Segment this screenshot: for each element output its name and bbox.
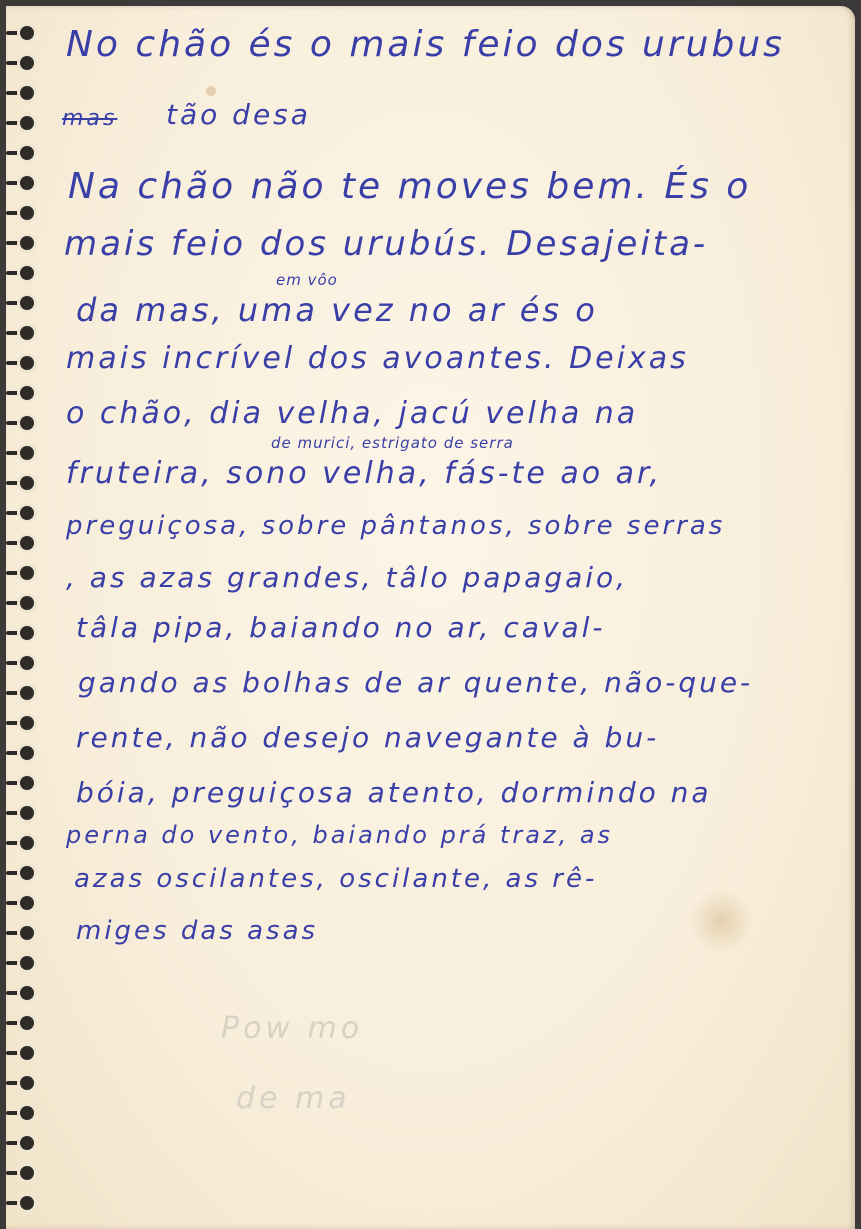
- spiral-coil: [6, 176, 40, 190]
- spiral-coil: [6, 776, 40, 790]
- spiral-coil: [6, 806, 40, 820]
- punch-hole: [20, 986, 34, 1000]
- punch-hole: [20, 566, 34, 580]
- spiral-coil: [6, 746, 40, 760]
- spiral-coil: [6, 686, 40, 700]
- punch-hole: [20, 446, 34, 460]
- punch-hole: [20, 56, 34, 70]
- struck-text: mas: [62, 106, 117, 131]
- spiral-coil: [6, 266, 40, 280]
- punch-hole: [20, 1076, 34, 1090]
- punch-hole: [20, 1106, 34, 1120]
- handwritten-line-11: tâla pipa, baiando no ar, caval-: [76, 611, 606, 644]
- handwritten-line-4: mais feio dos urubús. Desajeita-: [64, 224, 708, 264]
- spiral-coil: [6, 566, 40, 580]
- spiral-coil: [6, 146, 40, 160]
- punch-hole: [20, 836, 34, 850]
- spiral-coil: [6, 956, 40, 970]
- struck-word: mas: [62, 106, 117, 131]
- punch-hole: [20, 896, 34, 910]
- spiral-coil: [6, 656, 40, 670]
- punch-hole: [20, 956, 34, 970]
- punch-hole: [20, 26, 34, 40]
- spiral-coil: [6, 1196, 40, 1210]
- handwritten-line-14: bóia, preguiçosa atento, dormindo na: [76, 776, 712, 809]
- punch-hole: [20, 626, 34, 640]
- paper-stain: [686, 891, 756, 951]
- faint-pencil-line-1: Pow mo: [221, 1011, 363, 1046]
- handwritten-line-12: gando as bolhas de ar quente, não-que-: [78, 666, 753, 699]
- spiral-coil: [6, 866, 40, 880]
- handwritten-line-10: , as azas grandes, tâlo papagaio,: [66, 561, 628, 594]
- punch-hole: [20, 596, 34, 610]
- punch-hole: [20, 236, 34, 250]
- punch-hole: [20, 1196, 34, 1210]
- spiral-coil: [6, 1076, 40, 1090]
- spiral-coil: [6, 836, 40, 850]
- punch-hole: [20, 356, 34, 370]
- handwritten-line-13: rente, não desejo navegante à bu-: [76, 721, 659, 754]
- handwritten-line-17: miges das asas: [76, 916, 318, 946]
- faint-pencil-line-2: de ma: [236, 1081, 351, 1116]
- handwritten-line-6: mais incrível dos avoantes. Deixas: [66, 341, 689, 376]
- spiral-coil: [6, 1016, 40, 1030]
- punch-hole: [20, 1016, 34, 1030]
- spiral-coil: [6, 386, 40, 400]
- punch-hole: [20, 656, 34, 670]
- spiral-coil: [6, 116, 40, 130]
- paper-spot: [206, 86, 216, 96]
- punch-hole: [20, 716, 34, 730]
- punch-hole: [20, 86, 34, 100]
- handwritten-line-2: tão desa: [166, 98, 311, 131]
- punch-hole: [20, 1046, 34, 1060]
- spiral-coil: [6, 926, 40, 940]
- insertion-em-voo: em vôo: [276, 271, 338, 289]
- punch-hole: [20, 386, 34, 400]
- punch-hole: [20, 1166, 34, 1180]
- punch-hole: [20, 1136, 34, 1150]
- spiral-coil: [6, 1166, 40, 1180]
- handwritten-line-5: da mas, uma vez no ar és o: [76, 291, 598, 329]
- notebook-page: No chão és o mais feio dos urubus mas tã…: [6, 6, 855, 1229]
- insertion-murici: de murici, estrigato de serra: [271, 434, 514, 452]
- spiral-coil: [6, 206, 40, 220]
- punch-hole: [20, 326, 34, 340]
- handwritten-line-1: No chão és o mais feio dos urubus: [66, 24, 785, 65]
- handwritten-line-7: o chão, dia velha, jacú velha na: [66, 396, 638, 431]
- handwritten-line-8: fruteira, sono velha, fás-te ao ar,: [66, 456, 662, 491]
- spiral-coil: [6, 476, 40, 490]
- handwritten-line-15: perna do vento, baiando prá traz, as: [66, 821, 613, 849]
- spiral-coil: [6, 536, 40, 550]
- spiral-coil: [6, 626, 40, 640]
- punch-hole: [20, 746, 34, 760]
- spiral-coil: [6, 986, 40, 1000]
- punch-hole: [20, 926, 34, 940]
- punch-hole: [20, 416, 34, 430]
- punch-hole: [20, 806, 34, 820]
- punch-hole: [20, 296, 34, 310]
- punch-hole: [20, 686, 34, 700]
- spiral-coil: [6, 1106, 40, 1120]
- spiral-coil: [6, 896, 40, 910]
- spiral-coil: [6, 446, 40, 460]
- handwritten-line-16: azas oscilantes, oscilante, as rê-: [74, 864, 597, 894]
- spiral-coil: [6, 416, 40, 430]
- punch-hole: [20, 146, 34, 160]
- spiral-coil: [6, 56, 40, 70]
- spiral-coil: [6, 236, 40, 250]
- punch-hole: [20, 206, 34, 220]
- punch-hole: [20, 536, 34, 550]
- punch-hole: [20, 116, 34, 130]
- spiral-coil: [6, 1136, 40, 1150]
- handwritten-line-3: Na chão não te moves bem. És o: [68, 166, 751, 207]
- spiral-coil: [6, 1046, 40, 1060]
- spiral-coil: [6, 716, 40, 730]
- spiral-coil: [6, 86, 40, 100]
- spiral-coil: [6, 356, 40, 370]
- spiral-coil: [6, 26, 40, 40]
- punch-hole: [20, 866, 34, 880]
- spiral-coil: [6, 296, 40, 310]
- spiral-coil: [6, 596, 40, 610]
- punch-hole: [20, 266, 34, 280]
- punch-hole: [20, 176, 34, 190]
- spiral-coil: [6, 506, 40, 520]
- handwritten-line-9: preguiçosa, sobre pântanos, sobre serras: [66, 511, 725, 541]
- punch-hole: [20, 476, 34, 490]
- spiral-binding: [6, 26, 46, 1226]
- spiral-coil: [6, 326, 40, 340]
- punch-hole: [20, 776, 34, 790]
- punch-hole: [20, 506, 34, 520]
